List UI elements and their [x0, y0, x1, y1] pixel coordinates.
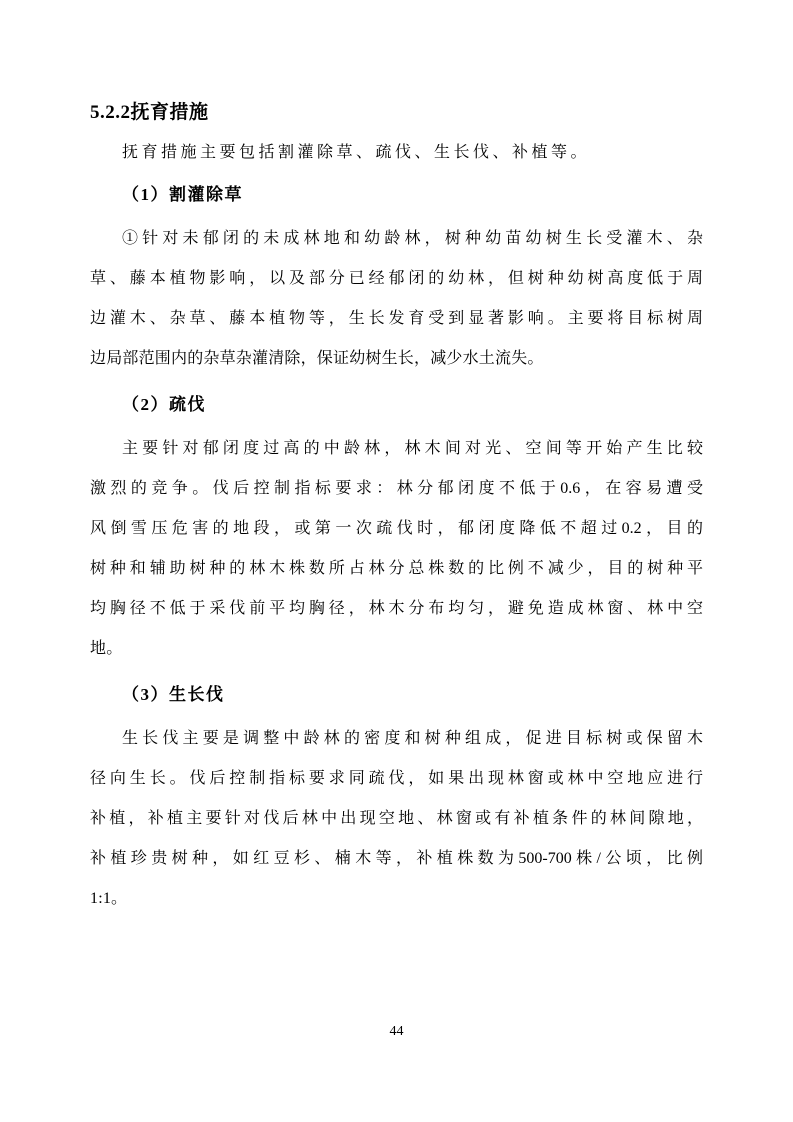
paragraph-line: 1:1。	[90, 879, 703, 919]
section-growth-cutting: （3）生长伐 生长伐主要是调整中龄林的密度和树种组成，促进目标树或保留木 径向生…	[90, 675, 703, 919]
paragraph-line: 边局部范围内的杂草杂灌清除，保证幼树生长，减少水土流失。	[90, 339, 703, 379]
page-number: 44	[0, 1023, 793, 1041]
paragraph-line: 地。	[90, 629, 703, 669]
paragraph-line: 风倒雪压危害的地段，或第一次疏伐时，郁闭度降低不超过0.2，目的	[90, 509, 703, 549]
subsection-title-3: （3）生长伐	[90, 675, 703, 715]
paragraph: ①针对未郁闭的未成林地和幼龄林，树种幼苗幼树生长受灌木、杂 草、藤本植物影响，以…	[90, 219, 703, 379]
paragraph-line: 草、藤本植物影响，以及部分已经郁闭的幼林，但树种幼树高度低于周	[90, 259, 703, 299]
paragraph-line: 径向生长。伐后控制指标要求同疏伐，如果出现林窗或林中空地应进行	[90, 759, 703, 799]
paragraph-line: 主要针对郁闭度过高的中龄林，林木间对光、空间等开始产生比较	[90, 429, 703, 469]
document-page: 5.2.2抚育措施 抚育措施主要包括割灌除草、疏伐、生长伐、补植等。 （1）割灌…	[0, 0, 793, 1122]
section-heading-5-2-2: 5.2.2抚育措施	[90, 93, 703, 133]
paragraph-line: ①针对未郁闭的未成林地和幼龄林，树种幼苗幼树生长受灌木、杂	[90, 219, 703, 259]
section-thinning: （2）疏伐 主要针对郁闭度过高的中龄林，林木间对光、空间等开始产生比较 激烈的竞…	[90, 385, 703, 669]
paragraph-line: 均胸径不低于采伐前平均胸径，林木分布均匀，避免造成林窗、林中空	[90, 589, 703, 629]
paragraph: 主要针对郁闭度过高的中龄林，林木间对光、空间等开始产生比较 激烈的竞争。伐后控制…	[90, 429, 703, 669]
section-cutting-brush: （1）割灌除草 ①针对未郁闭的未成林地和幼龄林，树种幼苗幼树生长受灌木、杂 草、…	[90, 175, 703, 379]
subsection-title-2: （2）疏伐	[90, 385, 703, 425]
intro-paragraph: 抚育措施主要包括割灌除草、疏伐、生长伐、补植等。	[90, 133, 703, 173]
paragraph: 生长伐主要是调整中龄林的密度和树种组成，促进目标树或保留木 径向生长。伐后控制指…	[90, 719, 703, 919]
paragraph-line: 补植珍贵树种，如红豆杉、楠木等，补植株数为500-700株/公顷，比例	[90, 839, 703, 879]
paragraph-line: 树种和辅助树种的林木株数所占林分总株数的比例不减少，目的树种平	[90, 549, 703, 589]
paragraph-line: 生长伐主要是调整中龄林的密度和树种组成，促进目标树或保留木	[90, 719, 703, 759]
page-content: 5.2.2抚育措施 抚育措施主要包括割灌除草、疏伐、生长伐、补植等。 （1）割灌…	[90, 93, 703, 919]
paragraph-line: 补植，补植主要针对伐后林中出现空地、林窗或有补植条件的林间隙地，	[90, 799, 703, 839]
paragraph-line: 边灌木、杂草、藤本植物等，生长发育受到显著影响。主要将目标树周	[90, 299, 703, 339]
paragraph-line: 激烈的竞争。伐后控制指标要求：林分郁闭度不低于0.6，在容易遭受	[90, 469, 703, 509]
subsection-title-1: （1）割灌除草	[90, 175, 703, 215]
